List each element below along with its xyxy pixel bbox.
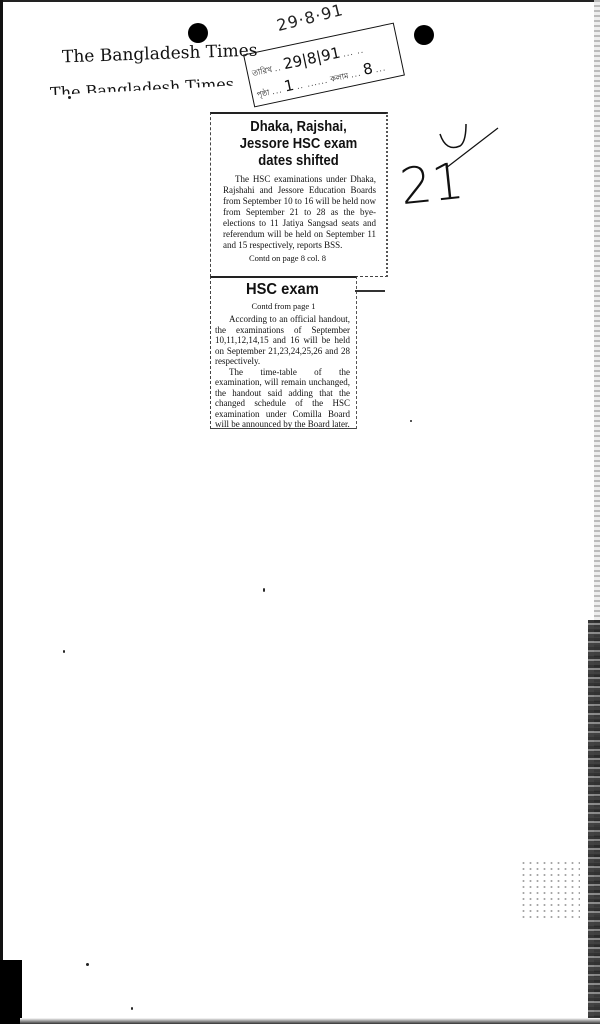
speck (263, 588, 265, 592)
handwritten-number: 21 (397, 152, 466, 216)
speck (410, 420, 412, 422)
archive-stamp: তারিখ .. 29|8|91 ... .. পৃষ্ঠা ... 1 .. … (243, 23, 405, 108)
speck (63, 650, 65, 653)
scan-edge-left (0, 0, 3, 1024)
handwritten-date: 29·8·91 (275, 0, 346, 35)
masthead: The Bangladesh Times (62, 41, 258, 68)
clipping-edge (355, 290, 385, 293)
punch-hole-left (188, 23, 208, 43)
article1-headline: Dhaka, Rajshai, Jessore HSC exam dates s… (220, 119, 378, 170)
masthead-duplicate: The Bangladesh Times (50, 74, 235, 103)
punch-hole-right (414, 25, 434, 45)
scan-edge-right-dark (588, 620, 600, 1024)
stamp-column-label: কলাম (329, 71, 349, 84)
article2-from-page: Contd from page 1 (211, 301, 356, 311)
scan-edge-left-dark (0, 960, 22, 1024)
article-clipping-2: HSC exam Contd from page 1 According to … (210, 276, 357, 429)
scan-edge-bottom (20, 1018, 600, 1024)
stamp-page-label: পৃষ্ঠা (256, 88, 271, 99)
stamp-date-label: তারিখ (251, 65, 273, 78)
article2-headline: HSC exam (211, 281, 344, 299)
speck (131, 1007, 133, 1010)
scan-edge-top (0, 0, 600, 2)
stamp-column-value: 8 (361, 59, 374, 79)
article1-body: The HSC examinations under Dhaka, Rajsha… (211, 170, 386, 251)
article1-continuation: Contd on page 8 col. 8 (211, 253, 386, 263)
scan-noise (520, 860, 580, 920)
speck (86, 963, 89, 966)
article2-body: According to an official handout, the ex… (211, 311, 356, 430)
stamp-page-value: 1 (282, 76, 295, 96)
article-clipping-1: Dhaka, Rajshai, Jessore HSC exam dates s… (210, 112, 388, 277)
speck (68, 96, 71, 99)
